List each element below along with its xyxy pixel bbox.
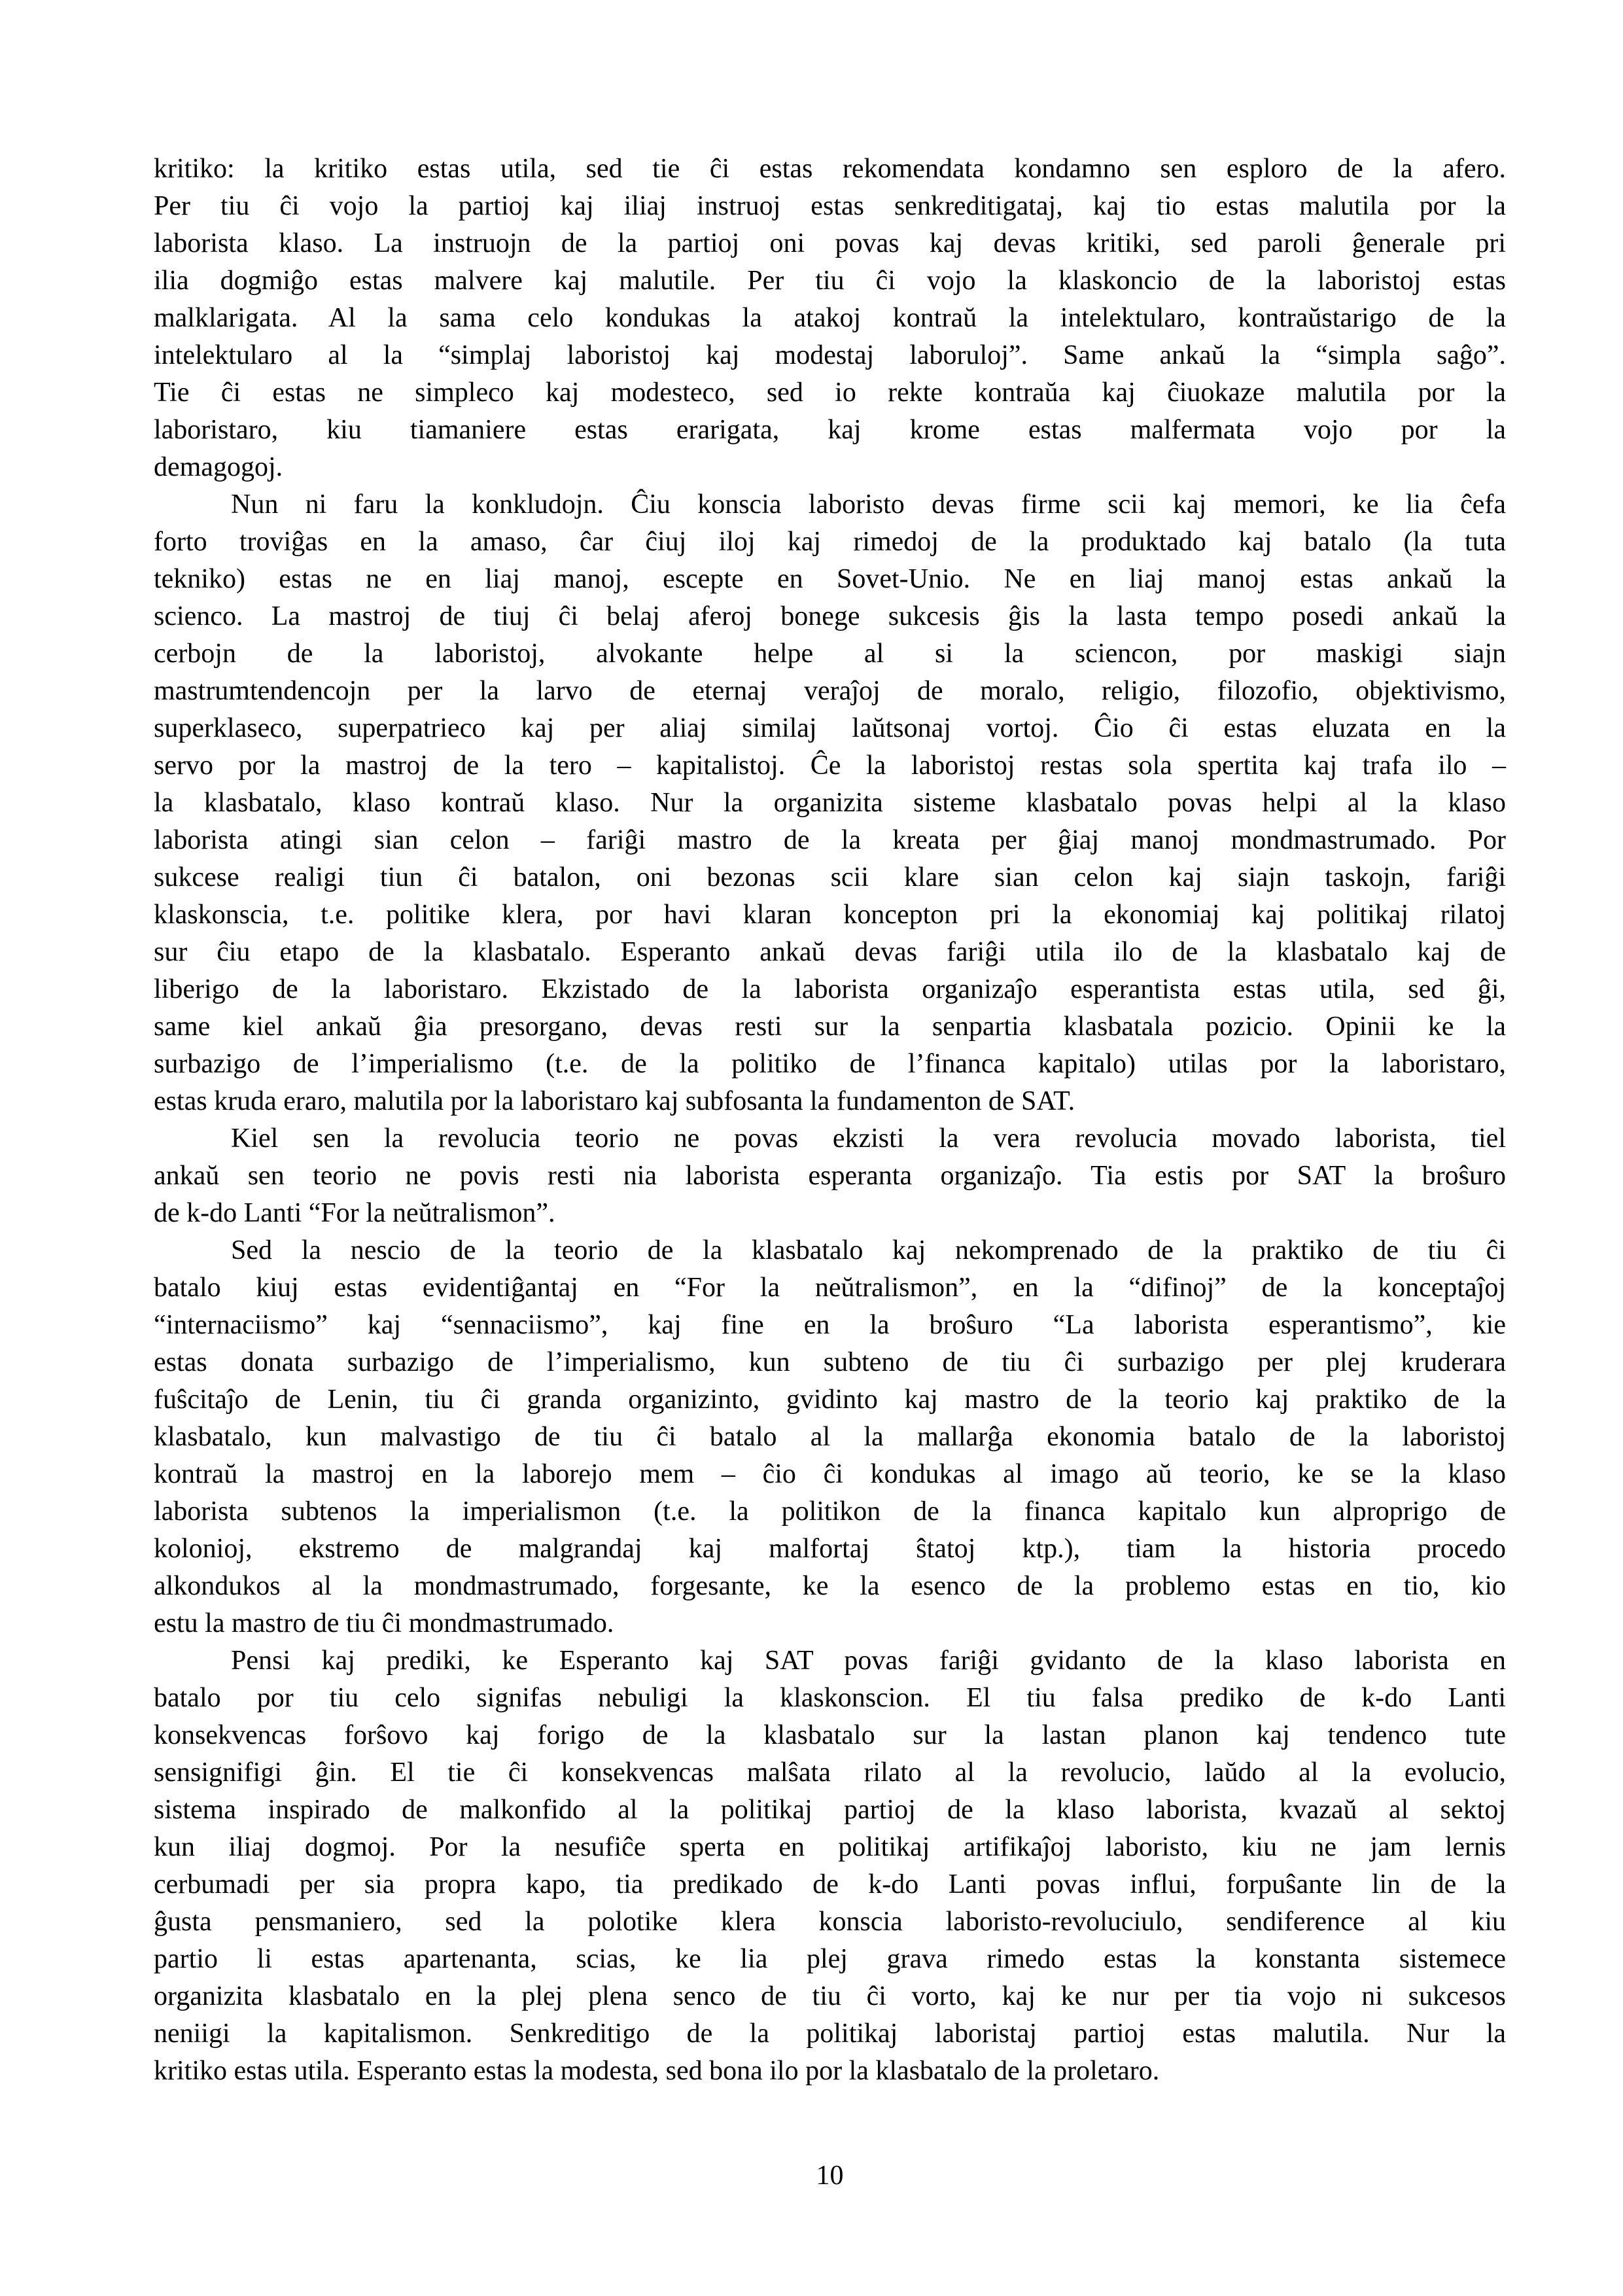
text-line: klasbatalo, kun malvastigo de tiu ĉi bat… xyxy=(154,1419,1506,1456)
text-line: ilia dogmiĝo estas malvere kaj malutile.… xyxy=(154,262,1506,300)
text-line: organizita klasbatalo en la plej plena s… xyxy=(154,1978,1506,2015)
text-line: laboristaro, kiu tiamaniere estas erarig… xyxy=(154,412,1506,449)
text-line: estas kruda eraro, malutila por la labor… xyxy=(154,1083,1506,1120)
text-line: la klasbatalo, klaso kontraŭ klaso. Nur … xyxy=(154,785,1506,822)
text-line: sukcese realigi tiun ĉi batalon, oni bez… xyxy=(154,859,1506,896)
paragraph: Kiel sen la revolucia teorio ne povas ek… xyxy=(154,1120,1506,1232)
text-line: sistema inspirado de malkonfido al la po… xyxy=(154,1792,1506,1829)
text-line: Kiel sen la revolucia teorio ne povas ek… xyxy=(154,1120,1506,1157)
text-line: superklaseco, superpatrieco kaj per alia… xyxy=(154,710,1506,747)
text-line: “internaciismo” kaj “sennaciismo”, kaj f… xyxy=(154,1307,1506,1344)
text-line: same kiel ankaŭ ĝia presorgano, devas re… xyxy=(154,1008,1506,1046)
text-line: kritiko estas utila. Esperanto estas la … xyxy=(154,2053,1506,2090)
text-line: cerbumadi per sia propra kapo, tia predi… xyxy=(154,1866,1506,1903)
paragraph: kritiko: la kritiko estas utila, sed tie… xyxy=(154,150,1506,486)
text-line: laborista subtenos la imperialismon (t.e… xyxy=(154,1493,1506,1530)
text-line: ankaŭ sen teorio ne povis resti nia labo… xyxy=(154,1157,1506,1195)
paragraph: Nun ni faru la konkludojn. Ĉiu konscia l… xyxy=(154,486,1506,1120)
text-line: forto troviĝas en la amaso, ĉar ĉiuj ilo… xyxy=(154,523,1506,561)
text-line: konsekvencas forŝovo kaj forigo de la kl… xyxy=(154,1717,1506,1754)
paragraph: Pensi kaj prediki, ke Esperanto kaj SAT … xyxy=(154,1642,1506,2090)
text-line: fuŝcitaĵo de Lenin, tiu ĉi granda organi… xyxy=(154,1381,1506,1419)
text-line: estu la mastro de tiu ĉi mondmastrumado. xyxy=(154,1605,1506,1642)
text-line: surbazigo de l’imperialismo (t.e. de la … xyxy=(154,1046,1506,1083)
page-text: kritiko: la kritiko estas utila, sed tie… xyxy=(154,150,1506,2090)
text-line: kolonioj, ekstremo de malgrandaj kaj mal… xyxy=(154,1530,1506,1568)
text-line: tekniko) estas ne en liaj manoj, escepte… xyxy=(154,561,1506,598)
text-line: intelektularo al la “simplaj laboristoj … xyxy=(154,337,1506,374)
text-line: Nun ni faru la konkludojn. Ĉiu konscia l… xyxy=(154,486,1506,523)
text-line: batalo kiuj estas evidentiĝantaj en “For… xyxy=(154,1269,1506,1307)
text-line: Pensi kaj prediki, ke Esperanto kaj SAT … xyxy=(154,1642,1506,1680)
text-line: Tie ĉi estas ne simpleco kaj modesteco, … xyxy=(154,374,1506,412)
text-line: laborista atingi sian celon – fariĝi mas… xyxy=(154,822,1506,859)
text-line: batalo por tiu celo signifas nebuligi la… xyxy=(154,1680,1506,1717)
text-line: Per tiu ĉi vojo la partioj kaj iliaj ins… xyxy=(154,188,1506,225)
text-line: kontraŭ la mastroj en la laborejo mem – … xyxy=(154,1456,1506,1493)
text-line: mastrumtendencojn per la larvo de eterna… xyxy=(154,673,1506,710)
text-line: servo por la mastroj de la tero – kapita… xyxy=(154,747,1506,785)
text-line: sur ĉiu etapo de la klasbatalo. Esperant… xyxy=(154,934,1506,971)
text-line: malklarigata. Al la sama celo kondukas l… xyxy=(154,300,1506,337)
text-line: ĝusta pensmaniero, sed la polotike klera… xyxy=(154,1903,1506,1941)
text-line: neniigi la kapitalismon. Senkreditigo de… xyxy=(154,2015,1506,2053)
text-line: estas donata surbazigo de l’imperialismo… xyxy=(154,1344,1506,1381)
text-line: Sed la nescio de la teorio de la klasbat… xyxy=(154,1232,1506,1269)
text-line: laborista klaso. La instruojn de la part… xyxy=(154,225,1506,262)
text-line: sensignifigi ĝin. El tie ĉi konsekvencas… xyxy=(154,1754,1506,1792)
text-line: cerbojn de la laboristoj, alvokante help… xyxy=(154,635,1506,673)
text-line: kritiko: la kritiko estas utila, sed tie… xyxy=(154,150,1506,188)
text-line: demagogoj. xyxy=(154,449,1506,486)
text-line: klaskonscia, t.e. politike klera, por ha… xyxy=(154,896,1506,934)
text-line: scienco. La mastroj de tiuj ĉi belaj afe… xyxy=(154,598,1506,635)
text-line: de k-do Lanti “For la neŭtralismon”. xyxy=(154,1195,1506,1232)
text-line: partio li estas apartenanta, scias, ke l… xyxy=(154,1941,1506,1978)
text-line: kun iliaj dogmoj. Por la nesufiĉe sperta… xyxy=(154,1829,1506,1866)
paragraph: Sed la nescio de la teorio de la klasbat… xyxy=(154,1232,1506,1642)
text-line: liberigo de la laboristaro. Ekzistado de… xyxy=(154,971,1506,1008)
text-line: alkondukos al la mondmastrumado, forgesa… xyxy=(154,1568,1506,1605)
page-number: 10 xyxy=(154,2159,1506,2192)
